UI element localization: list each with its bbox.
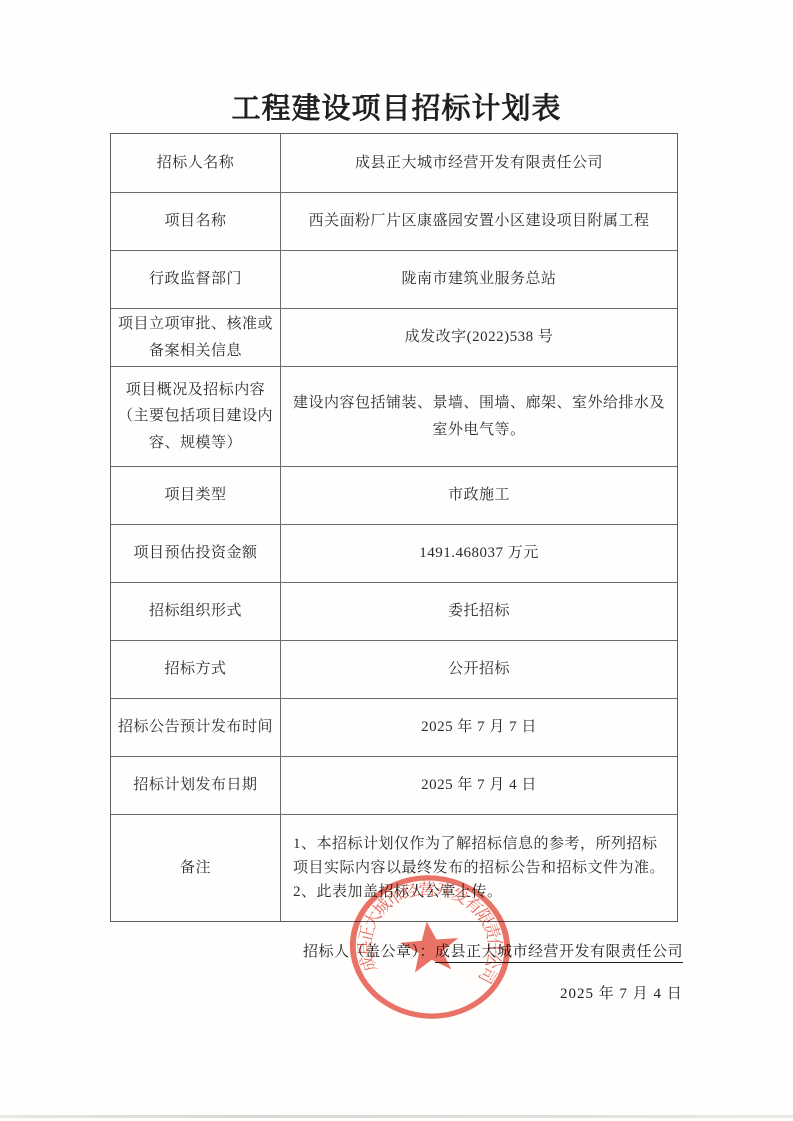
table-row: 项目概况及招标内容（主要包括项目建设内容、规模等） 建设内容包括铺装、景墙、围墙… (111, 366, 677, 466)
row-label: 招标计划发布日期 (111, 757, 281, 814)
signer-company-name: 成县正大城市经营开发有限责任公司 (435, 944, 683, 963)
signature-date: 2025 年 7 月 4 日 (560, 982, 683, 1003)
row-value: 2025 年 7 月 7 日 (281, 699, 677, 756)
row-value: 成发改字(2022)538 号 (281, 309, 677, 366)
remark-line: 1、本招标计划仅作为了解招标信息的参考，所列招标项目实际内容以最终发布的招标公告… (293, 832, 665, 880)
row-label: 招标公告预计发布时间 (111, 699, 281, 756)
table-row: 招标人名称 成县正大城市经营开发有限责任公司 (111, 134, 677, 192)
table-row: 项目预估投资金额 1491.468037 万元 (111, 524, 677, 582)
row-value: 市政施工 (281, 467, 677, 524)
table-row: 项目名称 西关面粉厂片区康盛园安置小区建设项目附属工程 (111, 192, 677, 250)
table-row: 行政监督部门 陇南市建筑业服务总站 (111, 250, 677, 308)
table-row-remark: 备注 1、本招标计划仅作为了解招标信息的参考，所列招标项目实际内容以最终发布的招… (111, 814, 677, 921)
row-label: 项目概况及招标内容（主要包括项目建设内容、规模等） (111, 367, 281, 466)
table-row: 招标组织形式 委托招标 (111, 582, 677, 640)
row-value: 2025 年 7 月 4 日 (281, 757, 677, 814)
table-row: 招标计划发布日期 2025 年 7 月 4 日 (111, 756, 677, 814)
row-label: 招标方式 (111, 641, 281, 698)
row-value: 陇南市建筑业服务总站 (281, 251, 677, 308)
table-row: 项目立项审批、核准或备案相关信息 成发改字(2022)538 号 (111, 308, 677, 366)
table-row: 招标方式 公开招标 (111, 640, 677, 698)
row-value: 委托招标 (281, 583, 677, 640)
row-value: 1、本招标计划仅作为了解招标信息的参考，所列招标项目实际内容以最终发布的招标公告… (281, 815, 677, 921)
remark-line: 2、此表加盖招标人公章上传。 (293, 880, 503, 904)
page-title: 工程建设项目招标计划表 (0, 86, 793, 127)
scan-edge-shadow (0, 1115, 793, 1118)
row-value: 西关面粉厂片区康盛园安置小区建设项目附属工程 (281, 193, 677, 250)
row-label: 项目预估投资金额 (111, 525, 281, 582)
scanned-document-page: 工程建设项目招标计划表 招标人名称 成县正大城市经营开发有限责任公司 项目名称 … (0, 0, 793, 1121)
row-label: 备注 (111, 815, 281, 921)
signature-line: 招标人（盖公章）：成县正大城市经营开发有限责任公司 (303, 940, 683, 961)
row-label: 行政监督部门 (111, 251, 281, 308)
table-row: 招标公告预计发布时间 2025 年 7 月 7 日 (111, 698, 677, 756)
table-row: 项目类型 市政施工 (111, 466, 677, 524)
row-value: 建设内容包括铺装、景墙、围墙、廊架、室外给排水及室外电气等。 (281, 367, 677, 466)
row-label: 招标人名称 (111, 134, 281, 192)
bidding-plan-table: 招标人名称 成县正大城市经营开发有限责任公司 项目名称 西关面粉厂片区康盛园安置… (110, 133, 678, 922)
signer-label: 招标人（盖公章）： (303, 944, 435, 960)
row-label: 项目名称 (111, 193, 281, 250)
row-value: 公开招标 (281, 641, 677, 698)
row-value: 1491.468037 万元 (281, 525, 677, 582)
row-label: 项目类型 (111, 467, 281, 524)
row-value: 成县正大城市经营开发有限责任公司 (281, 134, 677, 192)
row-label: 项目立项审批、核准或备案相关信息 (111, 309, 281, 366)
row-label: 招标组织形式 (111, 583, 281, 640)
